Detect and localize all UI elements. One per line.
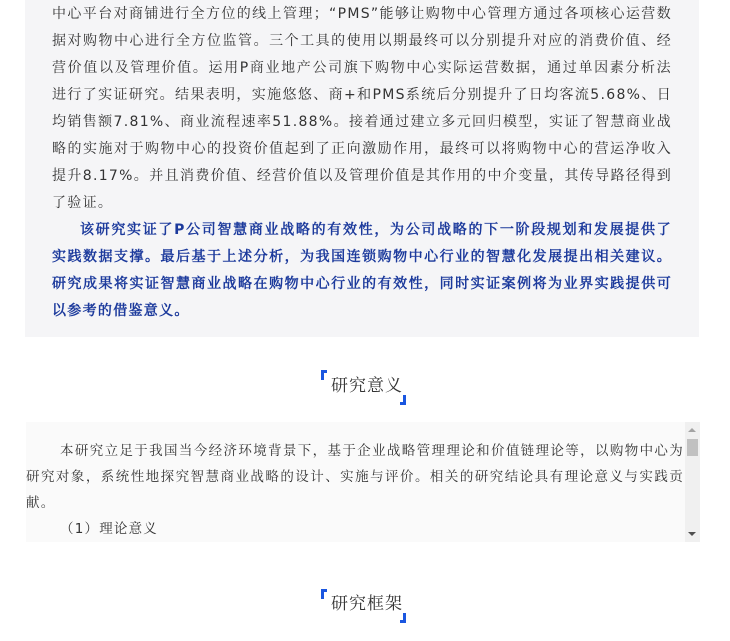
bracket-right-icon bbox=[400, 395, 406, 405]
significance-paragraph: 本研究立足于我国当今经济环境背景下，基于企业战略管理理论和价值链理论等，以购物中… bbox=[26, 438, 684, 516]
abstract-box: 中心平台对商铺进行全方位的线上管理；“PMS”能够让购物中心管理方通过各项核心运… bbox=[25, 0, 699, 337]
scrollbar-thumb[interactable] bbox=[687, 439, 698, 456]
section-title: 研究意义 bbox=[331, 371, 403, 396]
bracket-left-icon bbox=[321, 370, 327, 380]
vertical-scrollbar[interactable] bbox=[685, 422, 700, 542]
section-heading-significance: 研究意义 bbox=[0, 365, 730, 415]
abstract-paragraph: 中心平台对商铺进行全方位的线上管理；“PMS”能够让购物中心管理方通过各项核心运… bbox=[52, 0, 672, 217]
abstract-conclusion: 该研究实证了P公司智慧商业战略的有效性，为公司战略的下一阶段规划和发展提供了实践… bbox=[52, 217, 672, 325]
significance-item-theory: （1）理论意义 bbox=[26, 516, 684, 542]
significance-scroll-box[interactable]: 本研究立足于我国当今经济环境背景下，基于企业战略管理理论和价值链理论等，以购物中… bbox=[26, 422, 700, 542]
scroll-down-arrow-icon[interactable] bbox=[688, 532, 696, 536]
scroll-up-arrow-icon[interactable] bbox=[688, 428, 696, 432]
scroll-content: 本研究立足于我国当今经济环境背景下，基于企业战略管理理论和价值链理论等，以购物中… bbox=[26, 438, 684, 542]
bracket-left-icon bbox=[321, 589, 327, 599]
section-heading-framework: 研究框架 bbox=[0, 585, 730, 635]
section-title: 研究框架 bbox=[331, 589, 403, 614]
bracket-right-icon bbox=[400, 613, 406, 623]
